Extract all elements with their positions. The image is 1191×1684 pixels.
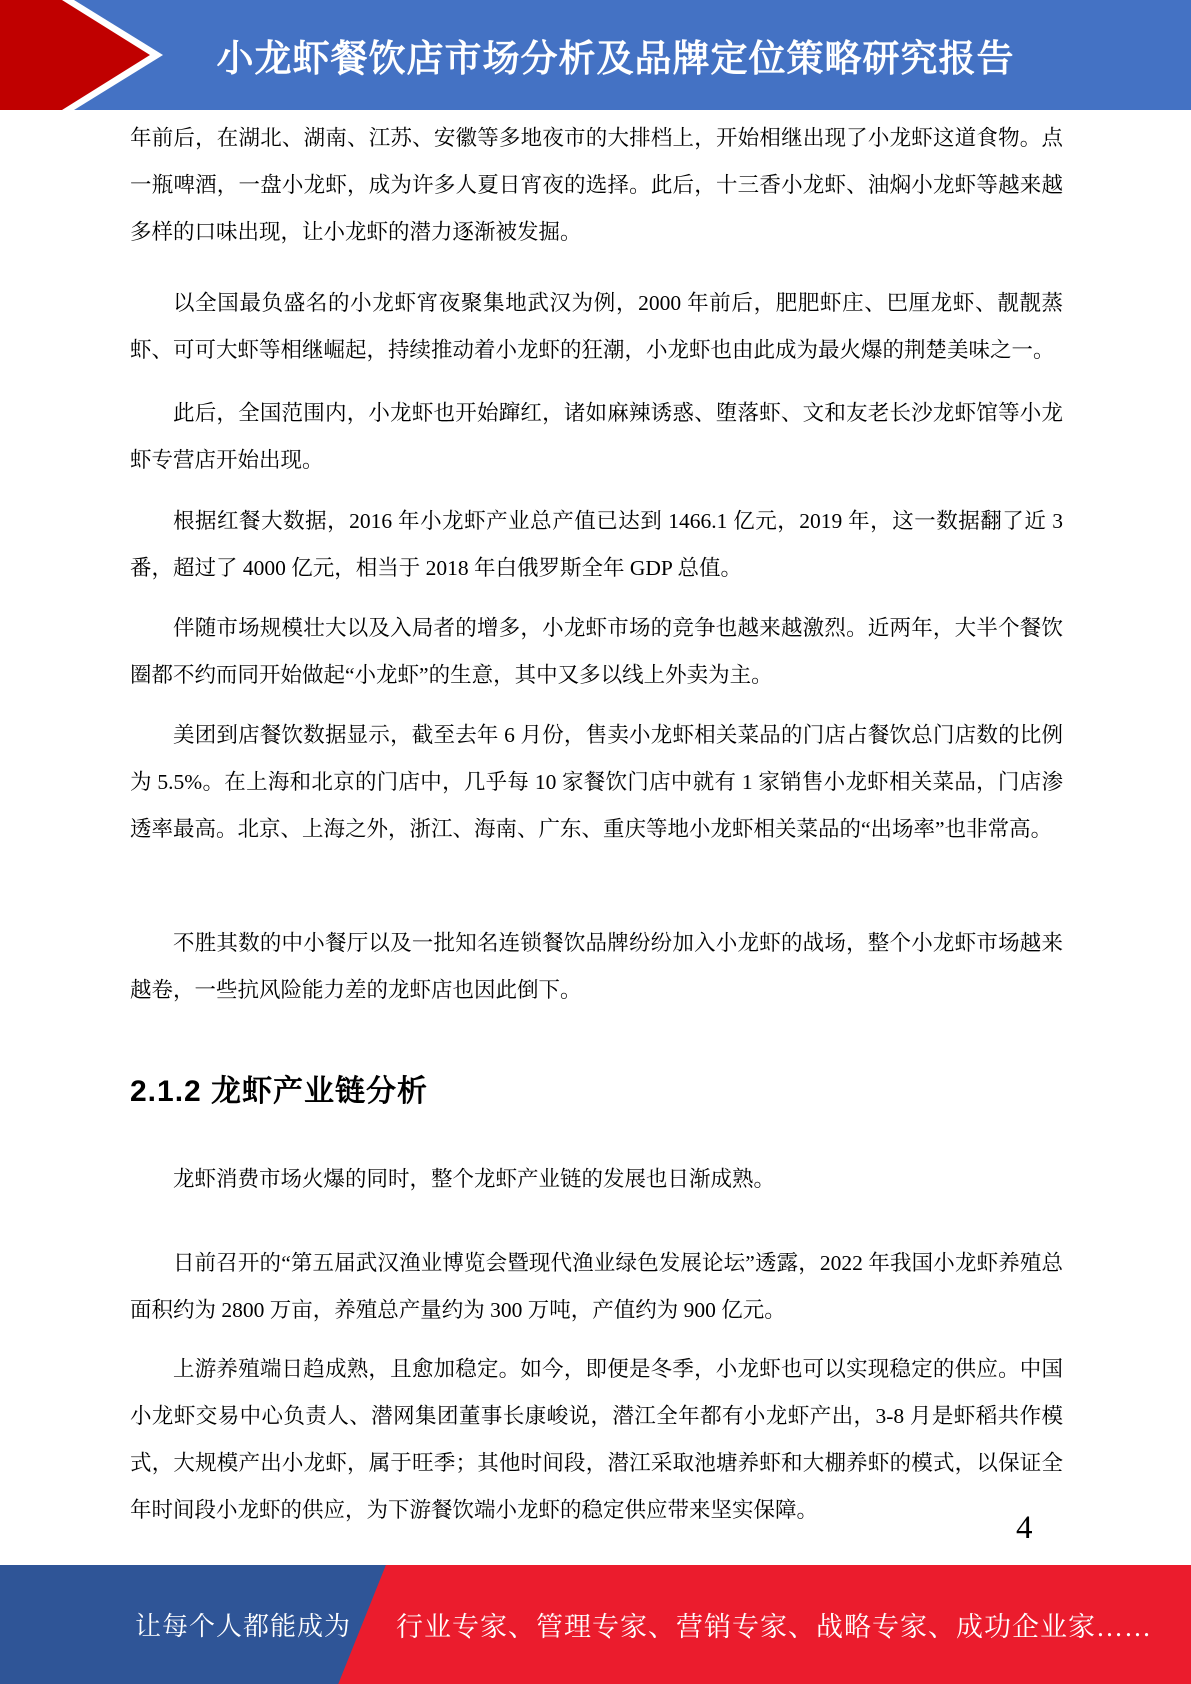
footer-bar: 让每个人都能成为 行业专家、管理专家、营销专家、战略专家、成功企业家…… (0, 1565, 1191, 1684)
body-paragraph: 龙虾消费市场火爆的同时，整个龙虾产业链的发展也日渐成熟。 (130, 1156, 1063, 1203)
page-number: 4 (1016, 1506, 1033, 1550)
footer-slogan-right: 行业专家、管理专家、营销专家、战略专家、成功企业家…… (396, 1565, 1152, 1684)
body-paragraph: 根据红餐大数据，2016 年小龙虾产业总产值已达到 1466.1 亿元，2019… (130, 498, 1063, 592)
body-paragraph: 伴随市场规模壮大以及入局者的增多，小龙虾市场的竞争也越来越激烈。近两年，大半个餐… (130, 605, 1063, 699)
header-banner: 小龙虾餐饮店市场分析及品牌定位策略研究报告 (0, 0, 1191, 110)
section-heading: 2.1.2 龙虾产业链分析 (130, 1070, 1063, 1114)
body-paragraph: 此后，全国范围内，小龙虾也开始蹿红，诸如麻辣诱惑、堕落虾、文和友老长沙龙虾馆等小… (130, 390, 1063, 484)
body-paragraph: 日前召开的“第五届武汉渔业博览会暨现代渔业绿色发展论坛”透露，2022 年我国小… (130, 1240, 1063, 1334)
chevron-arrow-icon (0, 0, 166, 110)
body-paragraph: 年前后，在湖北、湖南、江苏、安徽等多地夜市的大排档上，开始相继出现了小龙虾这道食… (130, 115, 1063, 256)
body-paragraph: 以全国最负盛名的小龙虾宵夜聚集地武汉为例，2000 年前后，肥肥虾庄、巴厘龙虾、… (130, 280, 1063, 374)
body-paragraph: 不胜其数的中小餐厅以及一批知名连锁餐饮品牌纷纷加入小龙虾的战场，整个小龙虾市场越… (130, 920, 1063, 1014)
report-page: 小龙虾餐饮店市场分析及品牌定位策略研究报告 年前后，在湖北、湖南、江苏、安徽等多… (0, 0, 1191, 1684)
body-paragraph: 美团到店餐饮数据显示，截至去年 6 月份，售卖小龙虾相关菜品的门店占餐饮总门店数… (130, 712, 1063, 853)
footer-slogan-left: 让每个人都能成为 (135, 1565, 351, 1684)
report-title: 小龙虾餐饮店市场分析及品牌定位策略研究报告 (0, 0, 1191, 110)
body-paragraph: 上游养殖端日趋成熟，且愈加稳定。如今，即便是冬季，小龙虾也可以实现稳定的供应。中… (130, 1346, 1063, 1534)
